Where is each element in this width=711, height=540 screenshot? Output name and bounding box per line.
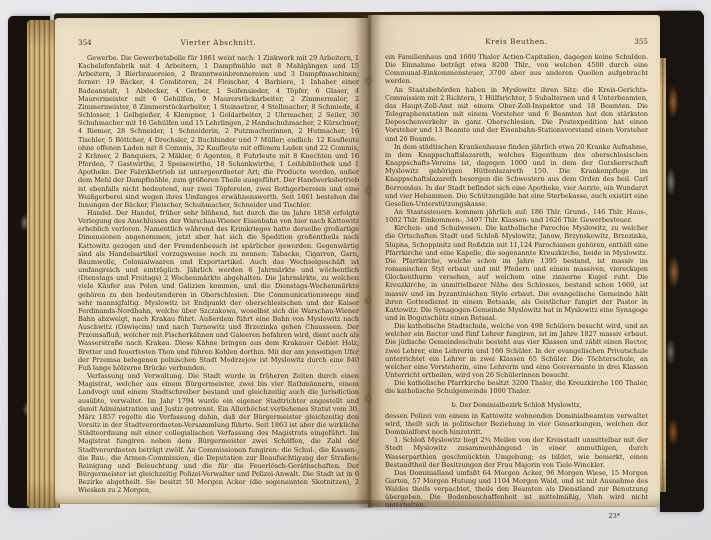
right-page-text: ein Familienhaus und 1600 Thaler Actien-… [385,53,648,520]
right-page-header: Kreis Beuthen. 355 [385,37,648,46]
binding-stitch [366,298,370,303]
binding-stitch [366,188,370,193]
paragraph: Handel. Der Handel, früher sehr blühend,… [78,209,359,372]
paragraph: An Staatssteuern kommen jährlich auf: 18… [385,208,648,224]
paragraph: Die katholische Pfarrkirche besitzt 3200… [385,379,648,395]
paragraph: Verfassung und Verwaltung. Die Stadt wur… [78,372,359,494]
section-heading: b. Der Dominialbezirk Schloß Myslowitz, [385,401,648,409]
left-page-header: 354 Vierter Abschnitt. [78,38,359,47]
left-page-text: Gewerbe. Die Gewerbetabelle für 1861 wei… [78,54,359,494]
paragraph: 1. Schloß Myslowitz liegt 2¾ Meilen von … [385,436,648,469]
paragraph: Die katholische Stadtschule, welche von … [385,322,648,379]
paragraph: In dem städtischen Krankenhause finden j… [385,143,648,208]
paragraph: Kirchen- und Schulwesen. Die katholische… [385,224,648,322]
book-shadow [40,500,672,518]
paragraph: Gewerbe. Die Gewerbetabelle für 1861 wei… [78,54,359,209]
running-header-right: Kreis Beuthen. [421,37,612,46]
book-cover-right [660,12,704,512]
running-header-left: Vierter Abschnitt. [114,38,323,47]
page-number-left: 354 [78,38,114,47]
binding-stitch [366,78,370,83]
paragraph: dessen Polizei von einem in Kattowitz wo… [385,412,648,436]
right-page: Kreis Beuthen. 355 ein Familienhaus und … [368,15,660,507]
photo-background: 354 Vierter Abschnitt. Gewerbe. Die Gewe… [0,0,711,540]
paragraph: An Staatsbehörden haben in Myslowitz ihr… [385,86,648,143]
binding-stitch [366,396,370,401]
paragraph: ein Familienhaus und 1600 Thaler Actien-… [385,53,648,86]
page-number-right: 355 [612,37,648,46]
left-page: 354 Vierter Abschnitt. Gewerbe. Die Gewe… [55,18,368,504]
